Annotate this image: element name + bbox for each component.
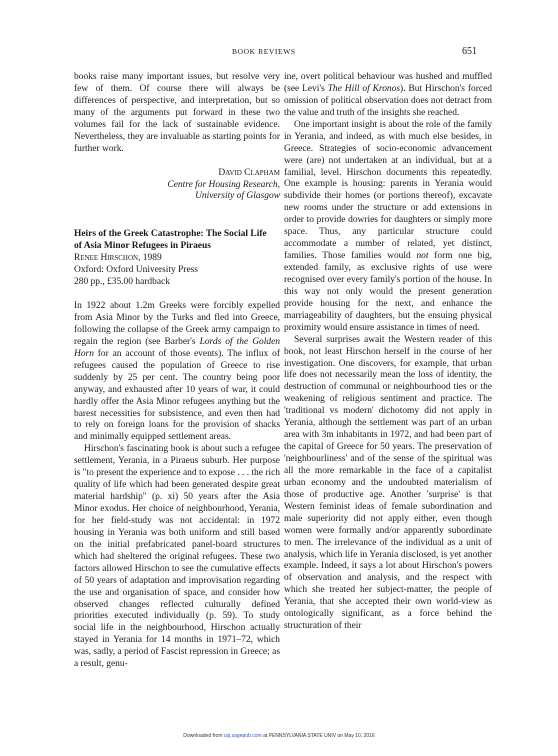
left-column: books raise many important issues, but r…: [74, 72, 280, 671]
reviewer-name: David Clapham: [74, 168, 280, 180]
footer-text: Downloaded from: [183, 733, 224, 739]
book-title-line-2: of Asia Minor Refugees in Piraeus: [74, 241, 280, 253]
page-number: 651: [462, 46, 477, 57]
body-paragraph: Several surprises await the Western read…: [284, 335, 492, 633]
body-paragraph: One important insight is about the role …: [284, 120, 492, 335]
download-footer: Downloaded from usj.sagepub.com at PENNS…: [0, 733, 558, 739]
footer-text: at PENNSYLVANIA STATE UNIV on May 10, 20…: [262, 733, 375, 739]
text-run: for an account of those events). The inf…: [74, 349, 280, 443]
body-paragraph: ine, overt political behaviour was hushe…: [284, 72, 492, 120]
source-link[interactable]: usj.sagepub.com: [224, 733, 262, 739]
body-paragraph: Hirschon's fascinating book is about suc…: [74, 444, 280, 671]
text-run: form one big, extended family, as exclus…: [284, 251, 492, 333]
reviewer-university: University of Glasgow: [74, 191, 280, 203]
reviewer-affiliation: Centre for Housing Research,: [74, 180, 280, 192]
body-paragraph: In 1922 about 1.2m Greeks were forcibly …: [74, 301, 280, 444]
right-column: ine, overt political behaviour was hushe…: [284, 72, 492, 633]
page-header: BOOK REVIEWS 651: [0, 47, 558, 61]
emphasis: not: [416, 251, 428, 261]
book-publisher: Oxford: Oxford University Press: [74, 265, 280, 277]
book-author: Renee Hirschon, 1989: [74, 253, 280, 265]
book-title-line-1: Heirs of the Greek Catastrophe: The Soci…: [74, 229, 280, 241]
cited-title: The Hill of Kronos: [328, 84, 400, 94]
text-run: One important insight is about the role …: [284, 120, 492, 261]
book-details: 280 pp., £35.00 hardback: [74, 277, 280, 289]
running-head: BOOK REVIEWS: [232, 47, 296, 56]
continuation-paragraph: books raise many important issues, but r…: [74, 72, 280, 156]
